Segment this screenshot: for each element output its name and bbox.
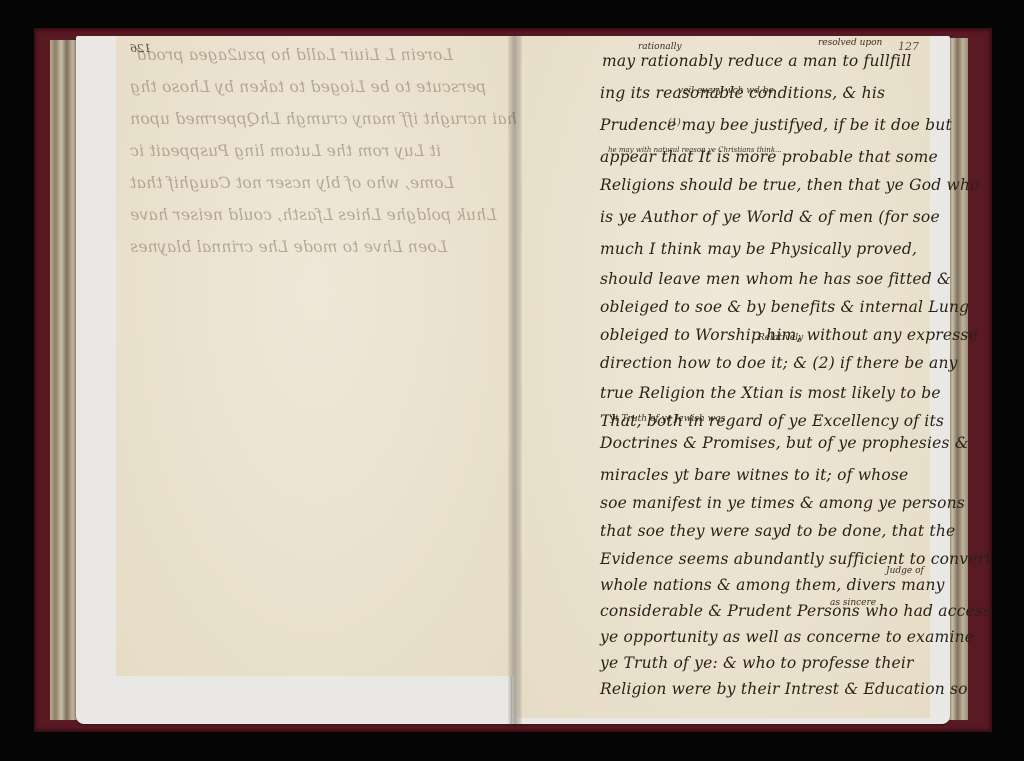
right-line: ye Truth of ye: & who to professe their <box>600 654 914 672</box>
right-line: much I think may be Physically proved, <box>600 240 917 258</box>
book-gutter-fold <box>508 36 522 726</box>
right-line: is ye Author of ye World & of men (for s… <box>600 208 940 226</box>
right-line: considerable & Prudent Persons who had a… <box>600 602 991 620</box>
right-line: miracles yt bare witnes to it; of whose <box>600 466 908 484</box>
left-manuscript-page: 126 Lorein L Liuir Lalld ho pzu2agea pro… <box>116 36 514 676</box>
left-line: Loen Lhve to mode Lhe crinnal blaynes <box>130 238 447 256</box>
interlinear-note: rationally <box>638 42 682 52</box>
left-line: Lhuk poldghe Lhies Lfasth, could neiser … <box>130 206 497 224</box>
right-line: appear that It is more probable that som… <box>600 148 938 166</box>
left-line: it Luy rom the Lutom ling Pusppeait ic <box>130 142 441 160</box>
right-line: Religions should be true, then that ye G… <box>600 176 980 194</box>
right-line: obleiged to soe & by benefits & internal… <box>600 298 969 316</box>
right-line: Religion were by their Intrest & Educati… <box>600 680 968 698</box>
right-line: ye opportunity as well as concerne to ex… <box>600 628 974 646</box>
right-line: that soe they were sayd to be done, that… <box>600 522 955 540</box>
right-line: whole nations & among them, divers many <box>600 576 945 594</box>
right-line: direction how to doe it; & (2) if there … <box>600 354 958 372</box>
right-line: That, both in regard of ye Excellency of… <box>600 412 944 430</box>
right-manuscript-page: 127 rationally resolved upon veil every … <box>518 36 930 718</box>
right-line: soe manifest in ye times & among ye pers… <box>600 494 965 512</box>
left-line: hai ncrught iff many crumgh LhQppermed u… <box>130 110 517 128</box>
left-line: perscute to be Lioged to taken by Lhoso … <box>130 78 486 96</box>
right-line: may rationably reduce a man to fullfill <box>602 52 911 70</box>
right-line: should leave men whom he has soe fitted … <box>600 270 951 288</box>
interlinear-note: resolved upon <box>818 38 882 48</box>
left-line: Lome, who of bly ncser not Caughif that <box>130 174 454 192</box>
left-line: Lorein L Liuir Lalld ho pzu2agea prodd <box>136 46 453 64</box>
right-line: ing its reasonable conditions, & his <box>600 84 885 102</box>
left-page-block-edge <box>50 40 78 720</box>
right-line: obleiged to Worship him, without any exp… <box>600 326 978 344</box>
right-line: Doctrines & Promises, but of ye prophesi… <box>600 434 969 452</box>
right-line: Evidence seems abundantly sufficient to … <box>600 550 992 568</box>
right-line: Prudence may bee justifyed, if be it doe… <box>600 116 952 134</box>
right-line: true Religion the Xtian is most likely t… <box>600 384 941 402</box>
